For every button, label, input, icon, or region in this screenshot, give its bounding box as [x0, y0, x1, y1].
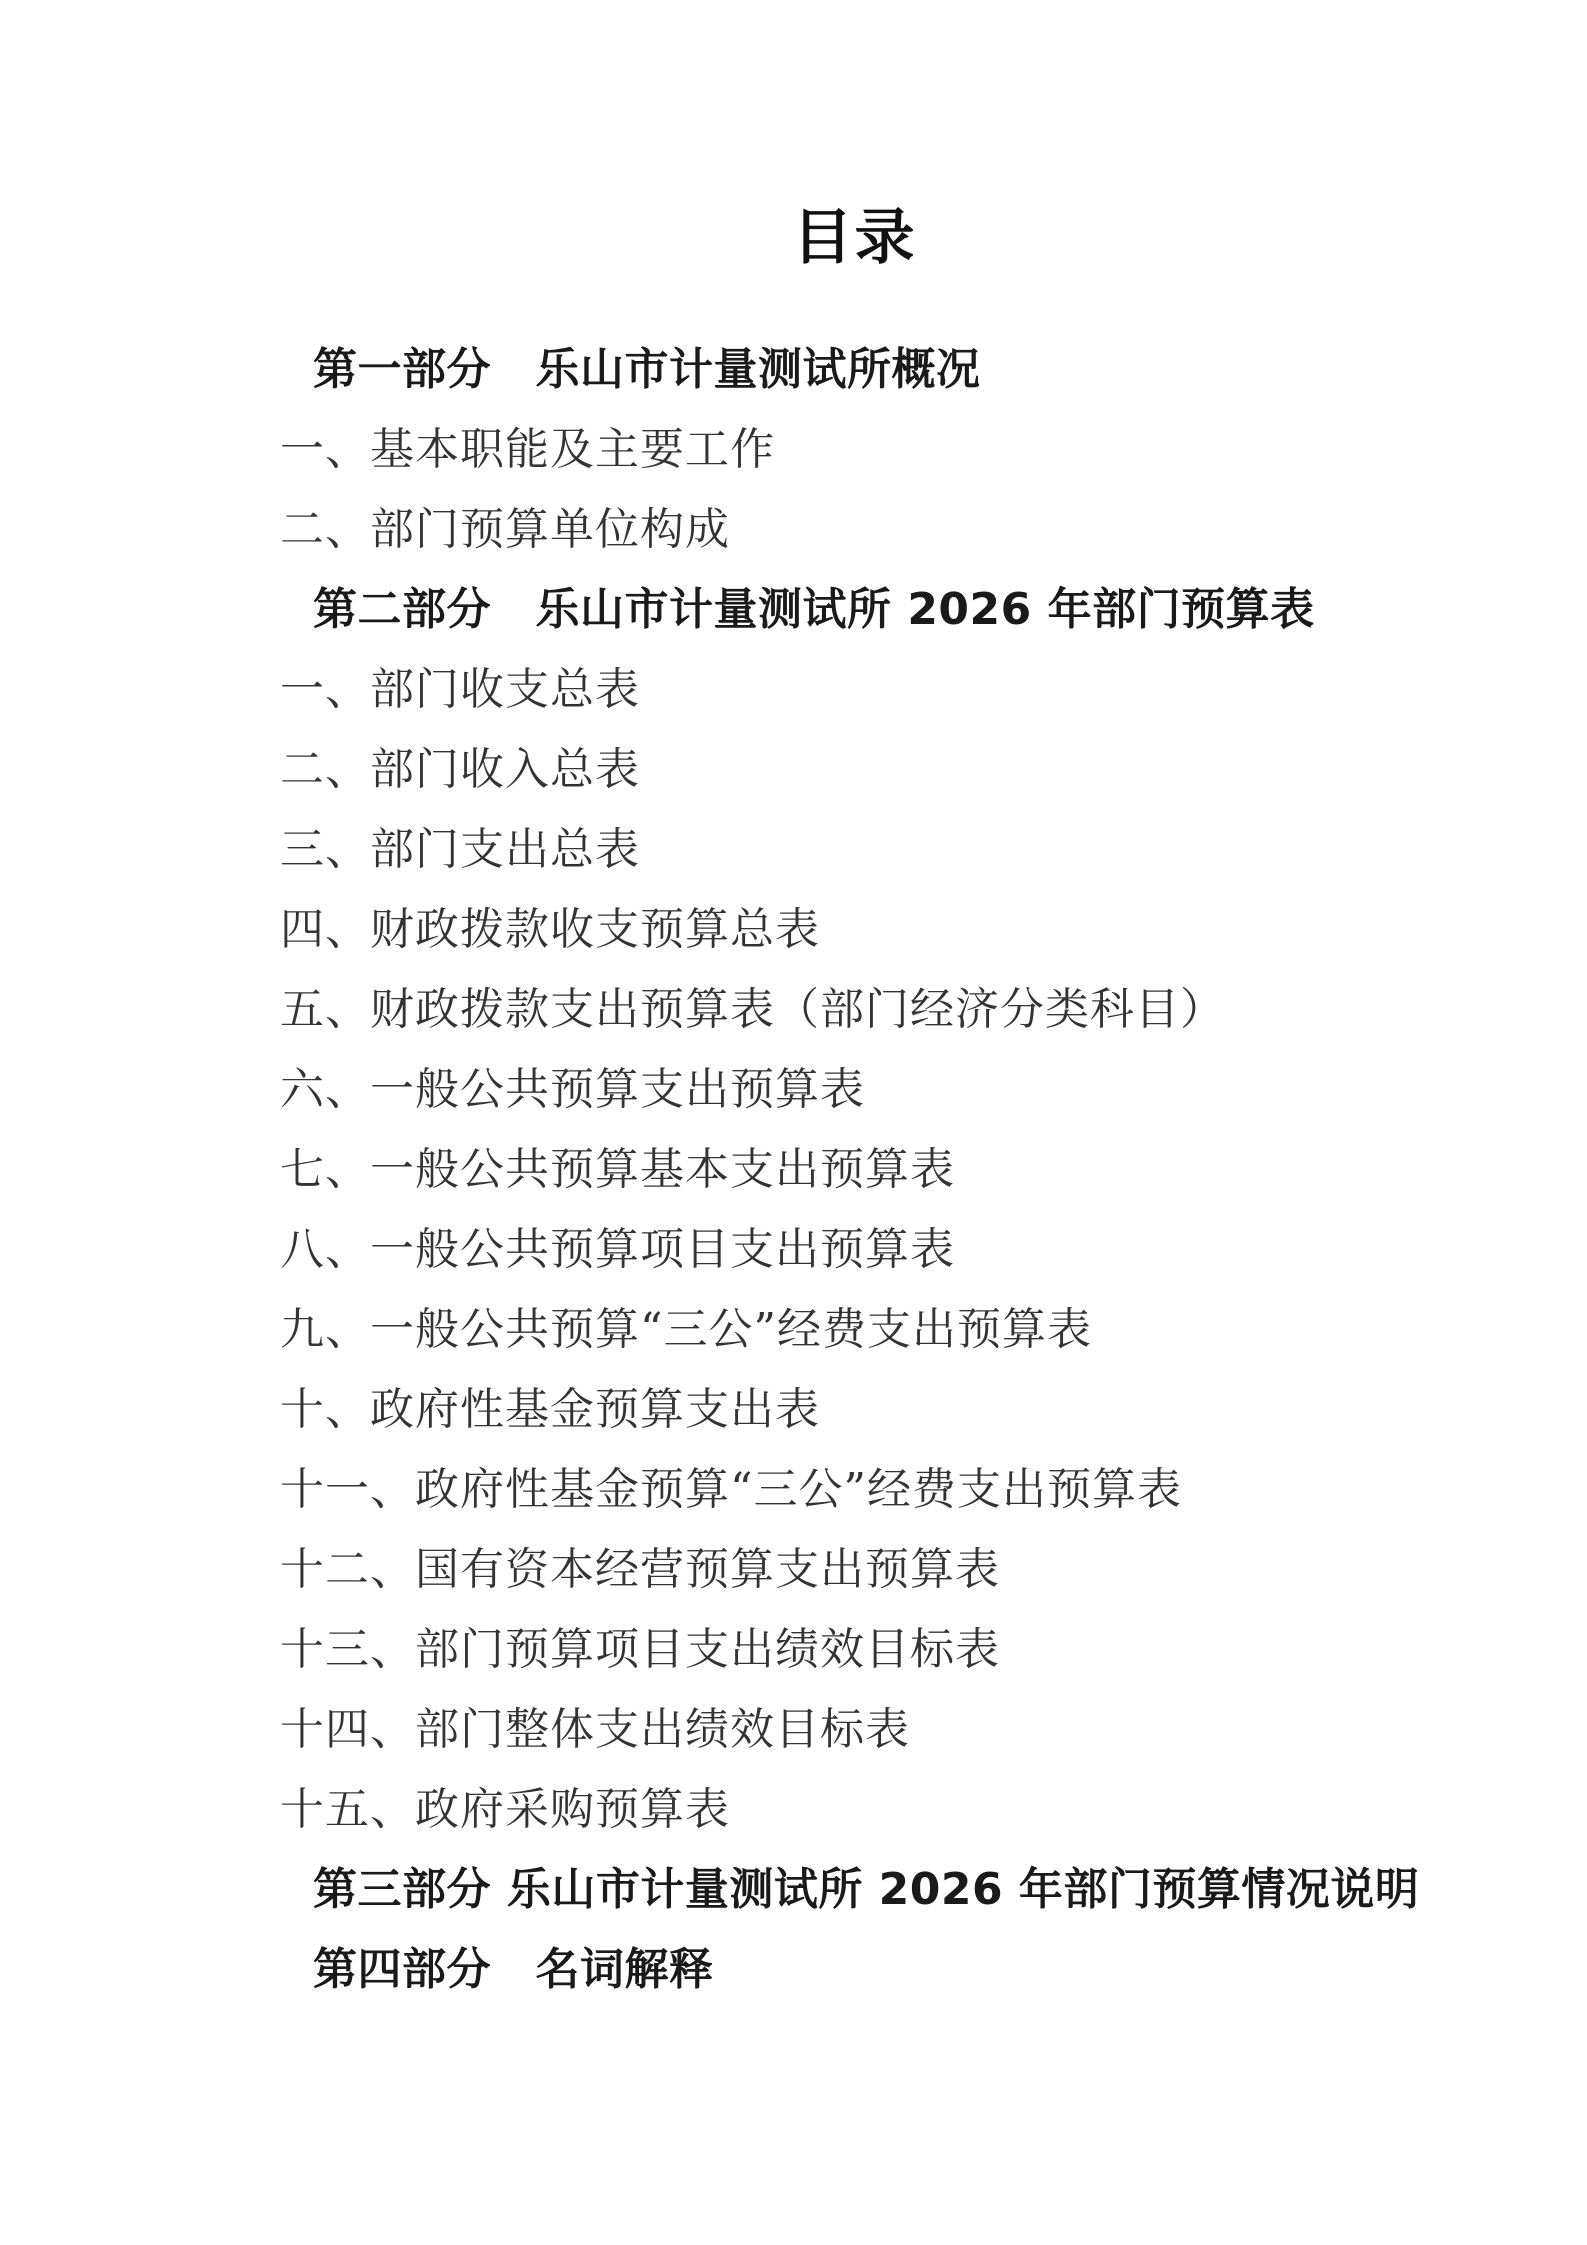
toc-item-part2-11: 十一、政府性基金预算“三公”经费支出预算表	[0, 1445, 1587, 1525]
toc-item-part1-1: 一、基本职能及主要工作	[0, 405, 1587, 485]
toc-item-part2-8: 八、一般公共预算项目支出预算表	[0, 1205, 1587, 1285]
toc-item-part2-2: 二、部门收入总表	[0, 725, 1587, 805]
toc-heading-part-1: 第一部分 乐山市计量测试所概况	[0, 325, 1587, 405]
toc-item-part2-5: 五、财政拨款支出预算表（部门经济分类科目）	[0, 965, 1587, 1045]
toc-item-part2-12: 十二、国有资本经营预算支出预算表	[0, 1525, 1587, 1605]
page-title: 目录	[0, 208, 1587, 268]
toc-item-part2-3: 三、部门支出总表	[0, 805, 1587, 885]
toc-item-part2-7: 七、一般公共预算基本支出预算表	[0, 1125, 1587, 1205]
toc-item-part2-1: 一、部门收支总表	[0, 645, 1587, 725]
document-page: 目录 第一部分 乐山市计量测试所概况 一、基本职能及主要工作 二、部门预算单位构…	[0, 0, 1587, 2245]
toc-item-part2-4: 四、财政拨款收支预算总表	[0, 885, 1587, 965]
toc-heading-part-2: 第二部分 乐山市计量测试所 2026 年部门预算表	[0, 565, 1587, 645]
toc-heading-part-3: 第三部分 乐山市计量测试所 2026 年部门预算情况说明	[0, 1845, 1587, 1925]
table-of-contents: 第一部分 乐山市计量测试所概况 一、基本职能及主要工作 二、部门预算单位构成 第…	[0, 325, 1587, 2005]
toc-item-part2-9: 九、一般公共预算“三公”经费支出预算表	[0, 1285, 1587, 1365]
toc-item-part2-10: 十、政府性基金预算支出表	[0, 1365, 1587, 1445]
toc-item-part2-14: 十四、部门整体支出绩效目标表	[0, 1685, 1587, 1765]
toc-item-part2-13: 十三、部门预算项目支出绩效目标表	[0, 1605, 1587, 1685]
toc-item-part2-15: 十五、政府采购预算表	[0, 1765, 1587, 1845]
toc-item-part2-6: 六、一般公共预算支出预算表	[0, 1045, 1587, 1125]
toc-heading-part-4: 第四部分 名词解释	[0, 1925, 1587, 2005]
toc-item-part1-2: 二、部门预算单位构成	[0, 485, 1587, 565]
